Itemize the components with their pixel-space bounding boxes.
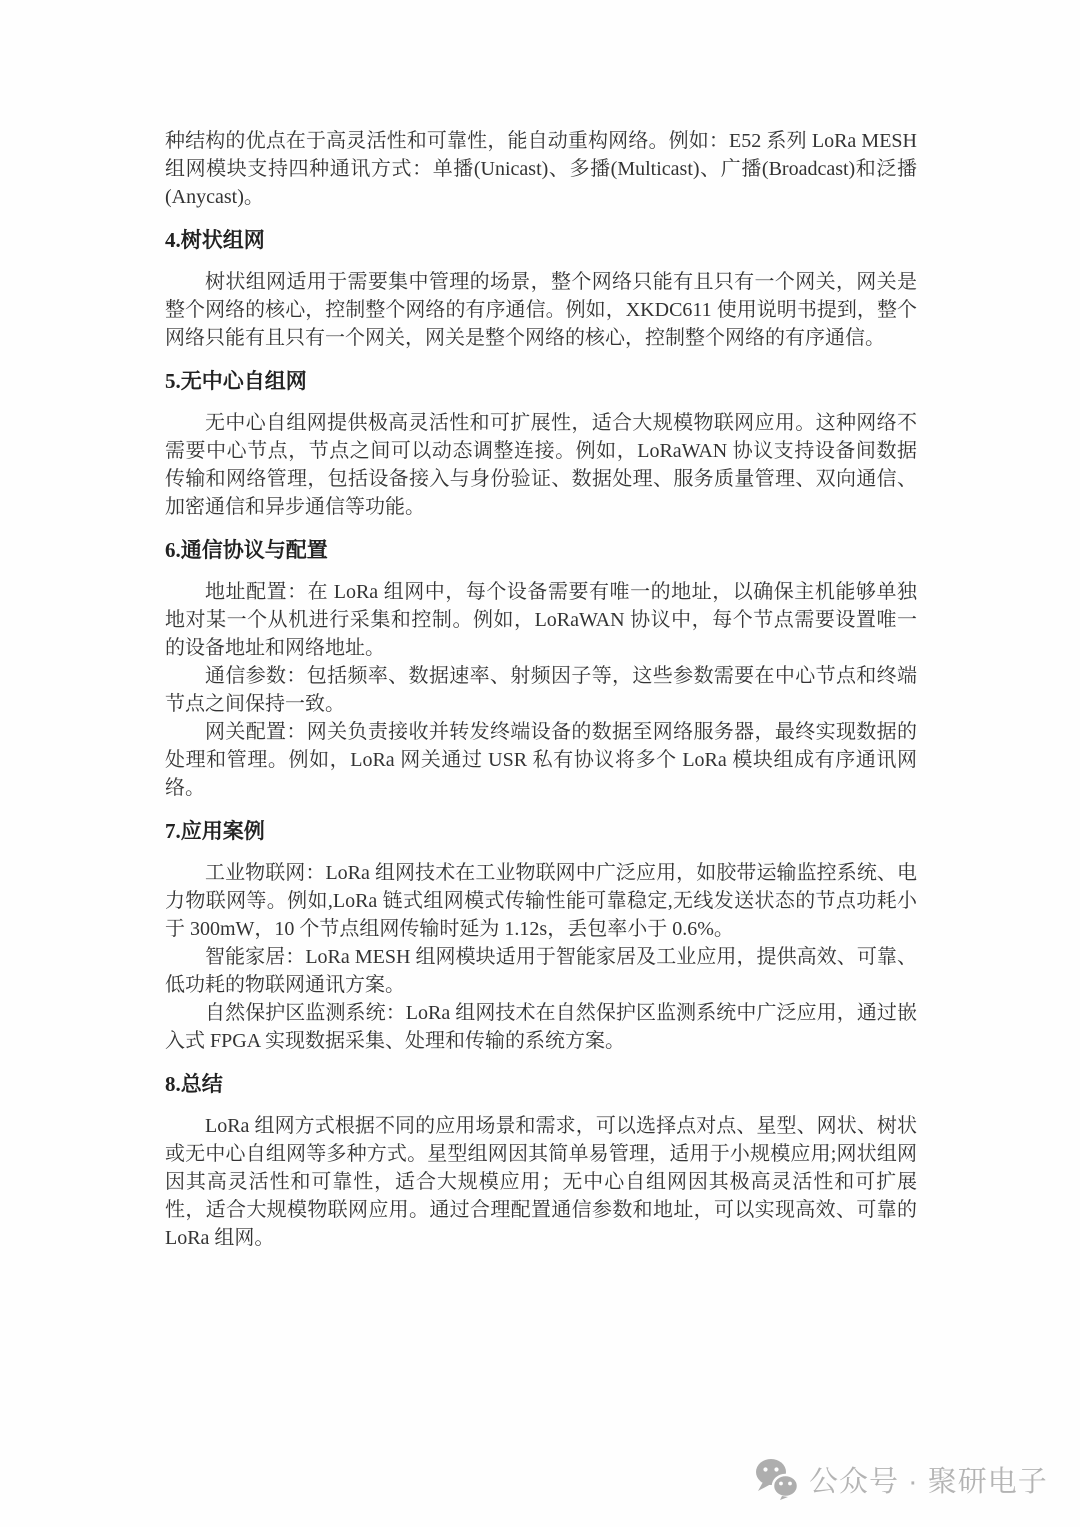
paragraph-industrial-iot: 工业物联网：LoRa 组网技术在工业物联网中广泛应用，如胶带运输监控系统、电力物…	[165, 859, 917, 943]
section-heading-protocol-config: 6.通信协议与配置	[165, 536, 917, 564]
section-heading-decentralized-adhoc: 5.无中心自组网	[165, 367, 917, 395]
paragraph-address-config: 地址配置：在 LoRa 组网中，每个设备需要有唯一的地址，以确保主机能够单独地对…	[165, 578, 917, 662]
paragraph-smart-home: 智能家居：LoRa MESH 组网模块适用于智能家居及工业应用，提供高效、可靠、…	[165, 943, 917, 999]
section-heading-use-cases: 7.应用案例	[165, 817, 917, 845]
watermark-label: 公众号 · 聚研电子	[809, 1459, 1048, 1500]
paragraph-comm-params: 通信参数：包括频率、数据速率、射频因子等，这些参数需要在中心节点和终端节点之间保…	[165, 662, 917, 718]
paragraph-gateway-config: 网关配置：网关负责接收并转发终端设备的数据至网络服务器，最终实现数据的处理和管理…	[165, 718, 917, 802]
paragraph-tree-network: 树状组网适用于需要集中管理的场景，整个网络只能有且只有一个网关，网关是整个网络的…	[165, 268, 917, 352]
section-heading-tree-network: 4.树状组网	[165, 226, 917, 254]
paragraph-decentralized-adhoc: 无中心自组网提供极高灵活性和可扩展性，适合大规模物联网应用。这种网络不需要中心节…	[165, 409, 917, 521]
watermark: 公众号 · 聚研电子	[755, 1458, 1048, 1500]
paragraph-nature-reserve: 自然保护区监测系统：LoRa 组网技术在自然保护区监测系统中广泛应用，通过嵌入式…	[165, 999, 917, 1055]
paragraph-intro-continuation: 种结构的优点在于高灵活性和可靠性，能自动重构网络。例如：E52 系列 LoRa …	[165, 127, 917, 211]
wechat-icon	[755, 1458, 799, 1500]
section-heading-summary: 8.总结	[165, 1070, 917, 1098]
paragraph-summary: LoRa 组网方式根据不同的应用场景和需求，可以选择点对点、星型、网状、树状或无…	[165, 1112, 917, 1252]
document-page: 种结构的优点在于高灵活性和可靠性，能自动重构网络。例如：E52 系列 LoRa …	[165, 127, 917, 1252]
